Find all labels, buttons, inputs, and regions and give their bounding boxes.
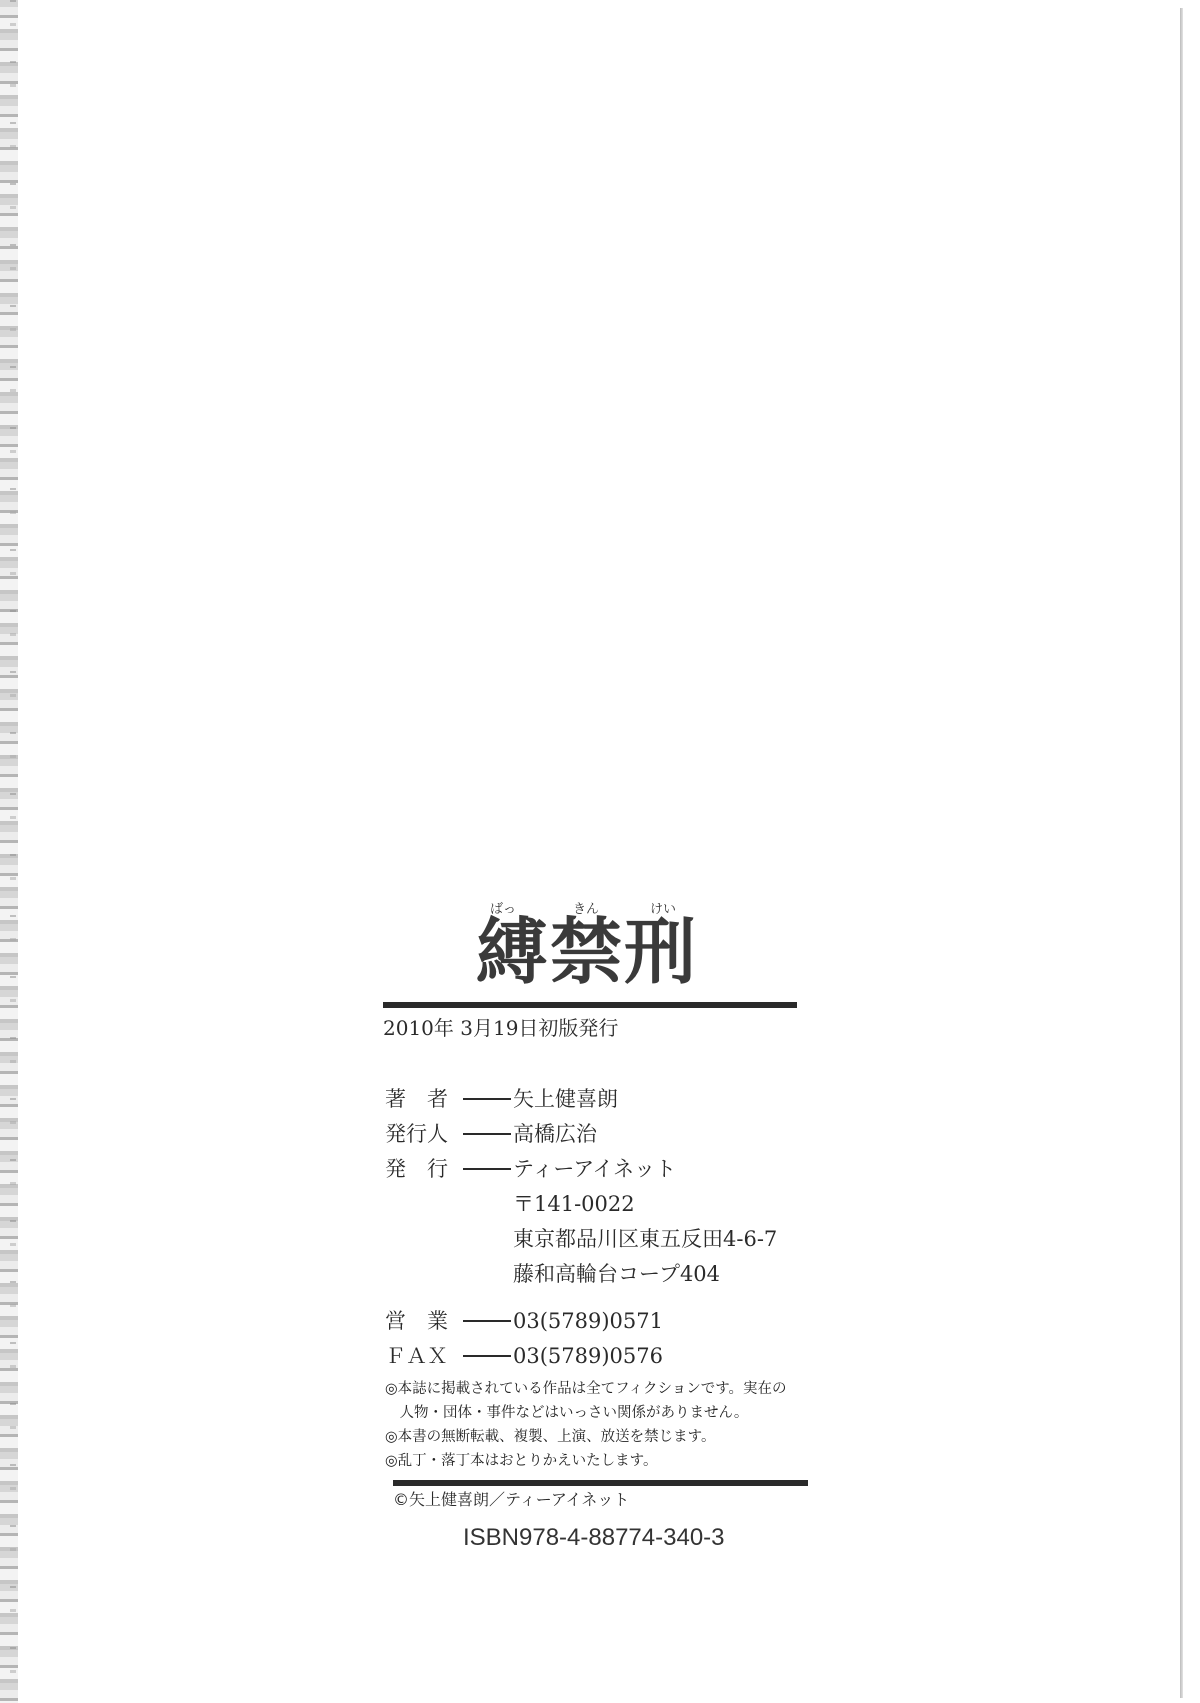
- colophon-publisher: 発 行ティーアイネット: [385, 1156, 676, 1182]
- isbn: ISBN978-4-88774-340-3: [463, 1524, 725, 1552]
- scanned-page-edge: [0, 0, 18, 1703]
- dash-separator: [463, 1098, 511, 1100]
- sales-phone: 03(5789)0571: [513, 1309, 663, 1333]
- postal-code: 〒141-0022: [513, 1191, 635, 1217]
- dash-separator: [463, 1355, 511, 1357]
- dash-separator: [463, 1168, 511, 1170]
- fax-number: 03(5789)0576: [513, 1344, 663, 1368]
- publisher-person-label: 発行人: [385, 1121, 463, 1147]
- publisher-label: 発 行: [385, 1156, 463, 1182]
- dash-separator: [463, 1320, 511, 1322]
- contact-sales: 営 業03(5789)0571: [385, 1308, 663, 1334]
- colophon-author: 著 者矢上健喜朗: [385, 1086, 618, 1112]
- contact-fax: ＦＡＸ03(5789)0576: [385, 1343, 663, 1369]
- colophon-publisher-person: 発行人高橋広治: [385, 1121, 597, 1147]
- sales-label: 営 業: [385, 1308, 463, 1334]
- bottom-divider: [393, 1480, 808, 1486]
- author-label: 著 者: [385, 1086, 463, 1112]
- fax-label: ＦＡＸ: [385, 1343, 463, 1369]
- publisher-value: ティーアイネット: [513, 1157, 676, 1181]
- title-divider: [383, 1002, 797, 1008]
- address-line-2: 藤和高輪台コープ404: [513, 1261, 720, 1287]
- note-fiction: ◎本誌に掲載されている作品は全てフィクションです。実在の: [385, 1379, 787, 1399]
- publisher-person-value: 高橋広治: [513, 1122, 597, 1146]
- page-border-line: [1180, 8, 1183, 1698]
- address-line-1: 東京都品川区東五反田4-6-7: [513, 1226, 777, 1252]
- author-value: 矢上健喜朗: [513, 1087, 618, 1111]
- note-fiction-cont: 人物・団体・事件などはいっさい関係がありません。: [385, 1403, 748, 1423]
- copyright: ©矢上健喜朗／ティーアイネット: [393, 1489, 629, 1511]
- note-misprint: ◎乱丁・落丁本はおとりかえいたします。: [385, 1451, 658, 1471]
- note-reproduction: ◎本書の無断転載、複製、上演、放送を禁じます。: [385, 1427, 716, 1447]
- first-edition-date: 2010年 3月19日初版発行: [383, 1015, 618, 1041]
- book-title: 縛禁刑: [476, 912, 698, 992]
- dash-separator: [463, 1133, 511, 1135]
